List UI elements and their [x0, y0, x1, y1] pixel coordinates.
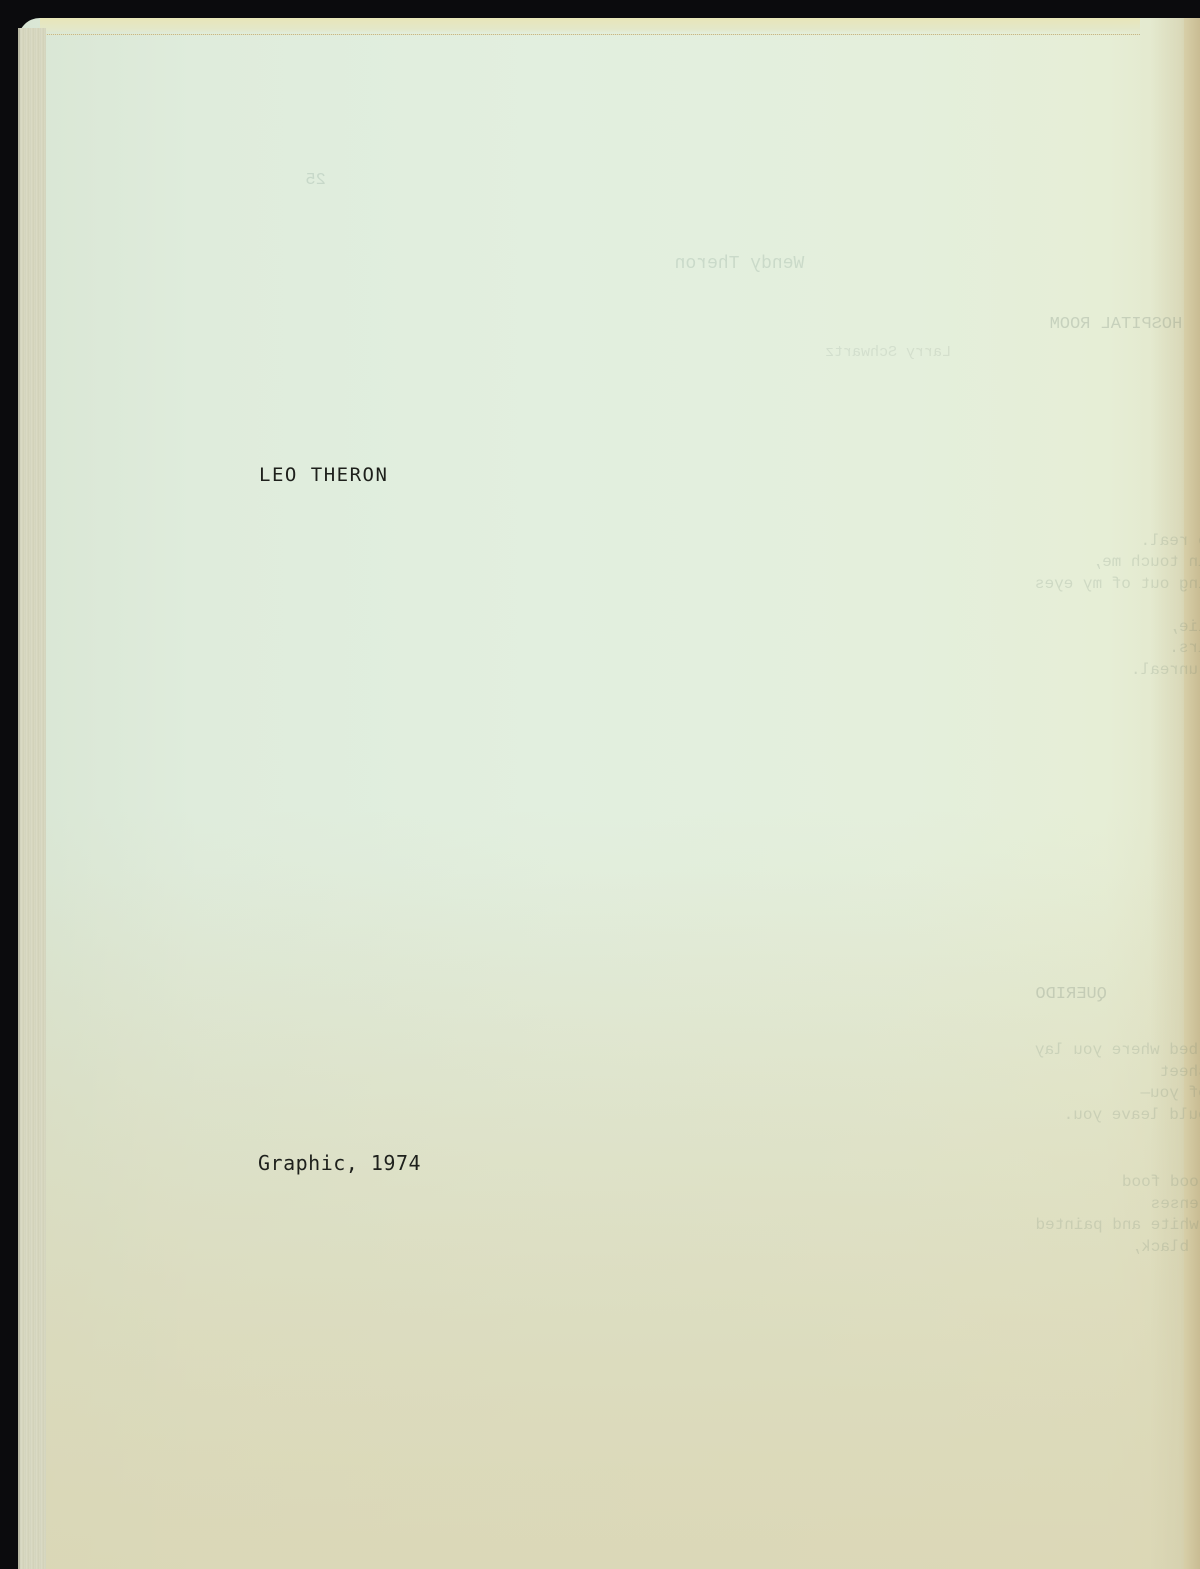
show-through-poem1-title: HOSPITAL ROOM: [1050, 314, 1183, 336]
show-through-line: Entombed within the womb of cold steel b…: [1035, 638, 1200, 660]
show-through-line: Your room is full of love: [1035, 380, 1200, 402]
show-through-line: Nightingales, little brown birds, still …: [1035, 617, 1200, 639]
show-through-line: Everything, but always full of life.: [1035, 423, 1200, 445]
show-through-line: dark upon the white sheet: [1035, 1062, 1200, 1084]
show-through-poem2-stanza2: And now, full of wine and good foodand m…: [1035, 1172, 1200, 1280]
show-through-line: and music tingling all my senses: [1035, 1194, 1200, 1216]
show-through-line: I suppose it is because you are in bed: [1035, 488, 1200, 510]
show-through-line: Only your arms can fold me, your hands c…: [1035, 552, 1200, 574]
paper-aging-tint: [18, 809, 1200, 1569]
show-through-line: that I feel your strength so much,: [1035, 509, 1200, 531]
show-through-line: can sing my love.: [1035, 595, 1200, 617]
show-through-line: Only their eyes are brown and real.: [1035, 681, 1200, 703]
show-through-line: Sleeping still, they are warm, enfolded,…: [1035, 660, 1200, 682]
show-through-poem2-title: QUERIDO: [1035, 984, 1106, 1006]
show-through-poem2-stanza1: I looked down on the bed where you layda…: [1035, 1040, 1200, 1126]
show-through-line: And now, full of wine and good food: [1035, 1172, 1200, 1194]
show-through-line: White containers, or silver steel bars: [1035, 445, 1200, 467]
show-through-line: that your warmth is so warm, your love s…: [1035, 531, 1200, 553]
show-through-line: and wondered how I could leave you.: [1035, 1105, 1200, 1127]
author-name: LEO THERON: [259, 464, 388, 486]
show-through-line: and books, poems, books, and eyes.: [1035, 466, 1200, 488]
show-through-line: I looked down on the bed where you lay: [1035, 1040, 1200, 1062]
page-top-edge: [40, 18, 1140, 35]
show-through-line: and my tears filling up my body and leak…: [1035, 574, 1200, 596]
book-page: [18, 18, 1200, 1569]
show-through-author: Wendy Theron: [675, 254, 805, 276]
show-through-line: And hate, and jealousy and: [1035, 402, 1200, 424]
page-stack-edge: [18, 28, 46, 1569]
artwork-credit: Graphic, 1974: [258, 1151, 421, 1175]
show-through-poem1-body: Your room is full of loveAnd hate, and j…: [1035, 380, 1200, 703]
show-through-line: I look up at the ceiling — white and pai…: [1035, 1215, 1200, 1237]
show-through-line: looking at me upside down.: [1035, 1258, 1200, 1280]
adjacent-page-edge: [1184, 18, 1200, 1569]
show-through-line: and see you sprawled there, black,: [1035, 1237, 1200, 1259]
show-through-line: and loved every bit of you—: [1035, 1083, 1200, 1105]
show-through-page-number: 25: [305, 170, 325, 192]
show-through-poem1-subtitle: Larry Schwartz: [825, 342, 951, 364]
